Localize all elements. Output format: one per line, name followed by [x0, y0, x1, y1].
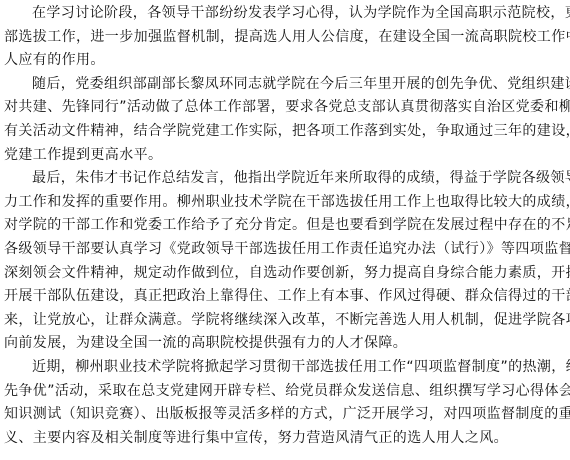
text-line: 来，让党放心，让群众满意。学院将继续深入改革，不断完善选人用人机制，促进学院各项… — [4, 309, 570, 333]
text-line: 深刻领会文件精神，规定动作做到位，自选动作要创新，努力提高自身综合能力素质，开拓… — [4, 262, 570, 286]
text-line: 知识测试（知识竞赛）、出版板报等灵活多样的方式，广泛开展学习，对四项监督制度的重… — [4, 403, 570, 427]
text-line: 近期，柳州职业技术学院将掀起学习贯彻干部选拔任用工作“四项监督制度”的热潮，结合… — [4, 356, 570, 380]
text-line: 在学习讨论阶段，各领导干部纷纷发表学习心得，认为学院作为全国高职示范院校，更应规… — [4, 2, 570, 26]
text-line: 最后，朱伟才书记作总结发言，他指出学院近年来所取得的成绩，得益于学院各级领导干部… — [4, 167, 570, 191]
article-body: 在学习讨论阶段，各领导干部纷纷发表学习心得，认为学院作为全国高职示范院校，更应规… — [4, 2, 570, 450]
text-line: 人应有的作用。 — [4, 49, 570, 73]
paragraph-recent-activities: 近期，柳州职业技术学院将掀起学习贯彻干部选拔任用工作“四项监督制度”的热潮，结合… — [4, 356, 570, 450]
text-line: 随后，党委组织部副部长黎凤环同志就学院在今后三年里开展的创先争优、党组织建设年、… — [4, 73, 570, 97]
text-line: 开展干部队伍建设，真正把政治上靠得住、工作上有本事、作风过得硬、群众信得过的干部… — [4, 285, 570, 309]
text-line: 各级领导干部要认真学习《党政领导干部选拔任用工作责任追究办法（试行）》等四项监督… — [4, 238, 570, 262]
paragraph-summary-speech: 最后，朱伟才书记作总结发言，他指出学院近年来所取得的成绩，得益于学院各级领导干部… — [4, 167, 570, 356]
text-line: 先争优”活动，采取在总支党建网开辟专栏、给党员群众发送信息、组织撰写学习心得体会… — [4, 380, 570, 404]
paragraph-study-discussion: 在学习讨论阶段，各领导干部纷纷发表学习心得，认为学院作为全国高职示范院校，更应规… — [4, 2, 570, 73]
text-line: 对学院的干部工作和党委工作给予了充分肯定。但是也要看到学院在发展过程中存在的不足… — [4, 214, 570, 238]
text-line: 对共建、先锋同行”活动做了总体工作部署，要求各党总支部认真贯彻落实自治区党委和柳… — [4, 96, 570, 120]
text-line: 力工作和发挥的重要作用。柳州职业技术学院在干部选拔任用工作上也取得比较大的成绩，… — [4, 191, 570, 215]
paragraph-work-deployment: 随后，党委组织部副部长黎凤环同志就学院在今后三年里开展的创先争优、党组织建设年、… — [4, 73, 570, 167]
text-line: 向前发展，为建设全国一流的高职院校提供强有力的人才保障。 — [4, 332, 570, 356]
text-line: 义、主要内容及相关制度等进行集中宣传，努力营造风清气正的选人用人之风。 — [4, 427, 570, 451]
text-line: 部选拔工作，进一步加强监督机制，提高选人用人公信度，在建设全国一流高职院校工作中… — [4, 26, 570, 50]
text-line: 有关活动文件精神，结合学院党建工作实际，把各项工作落到实处，争取通过三年的建设，… — [4, 120, 570, 144]
text-line: 党建工作提到更高水平。 — [4, 144, 570, 168]
